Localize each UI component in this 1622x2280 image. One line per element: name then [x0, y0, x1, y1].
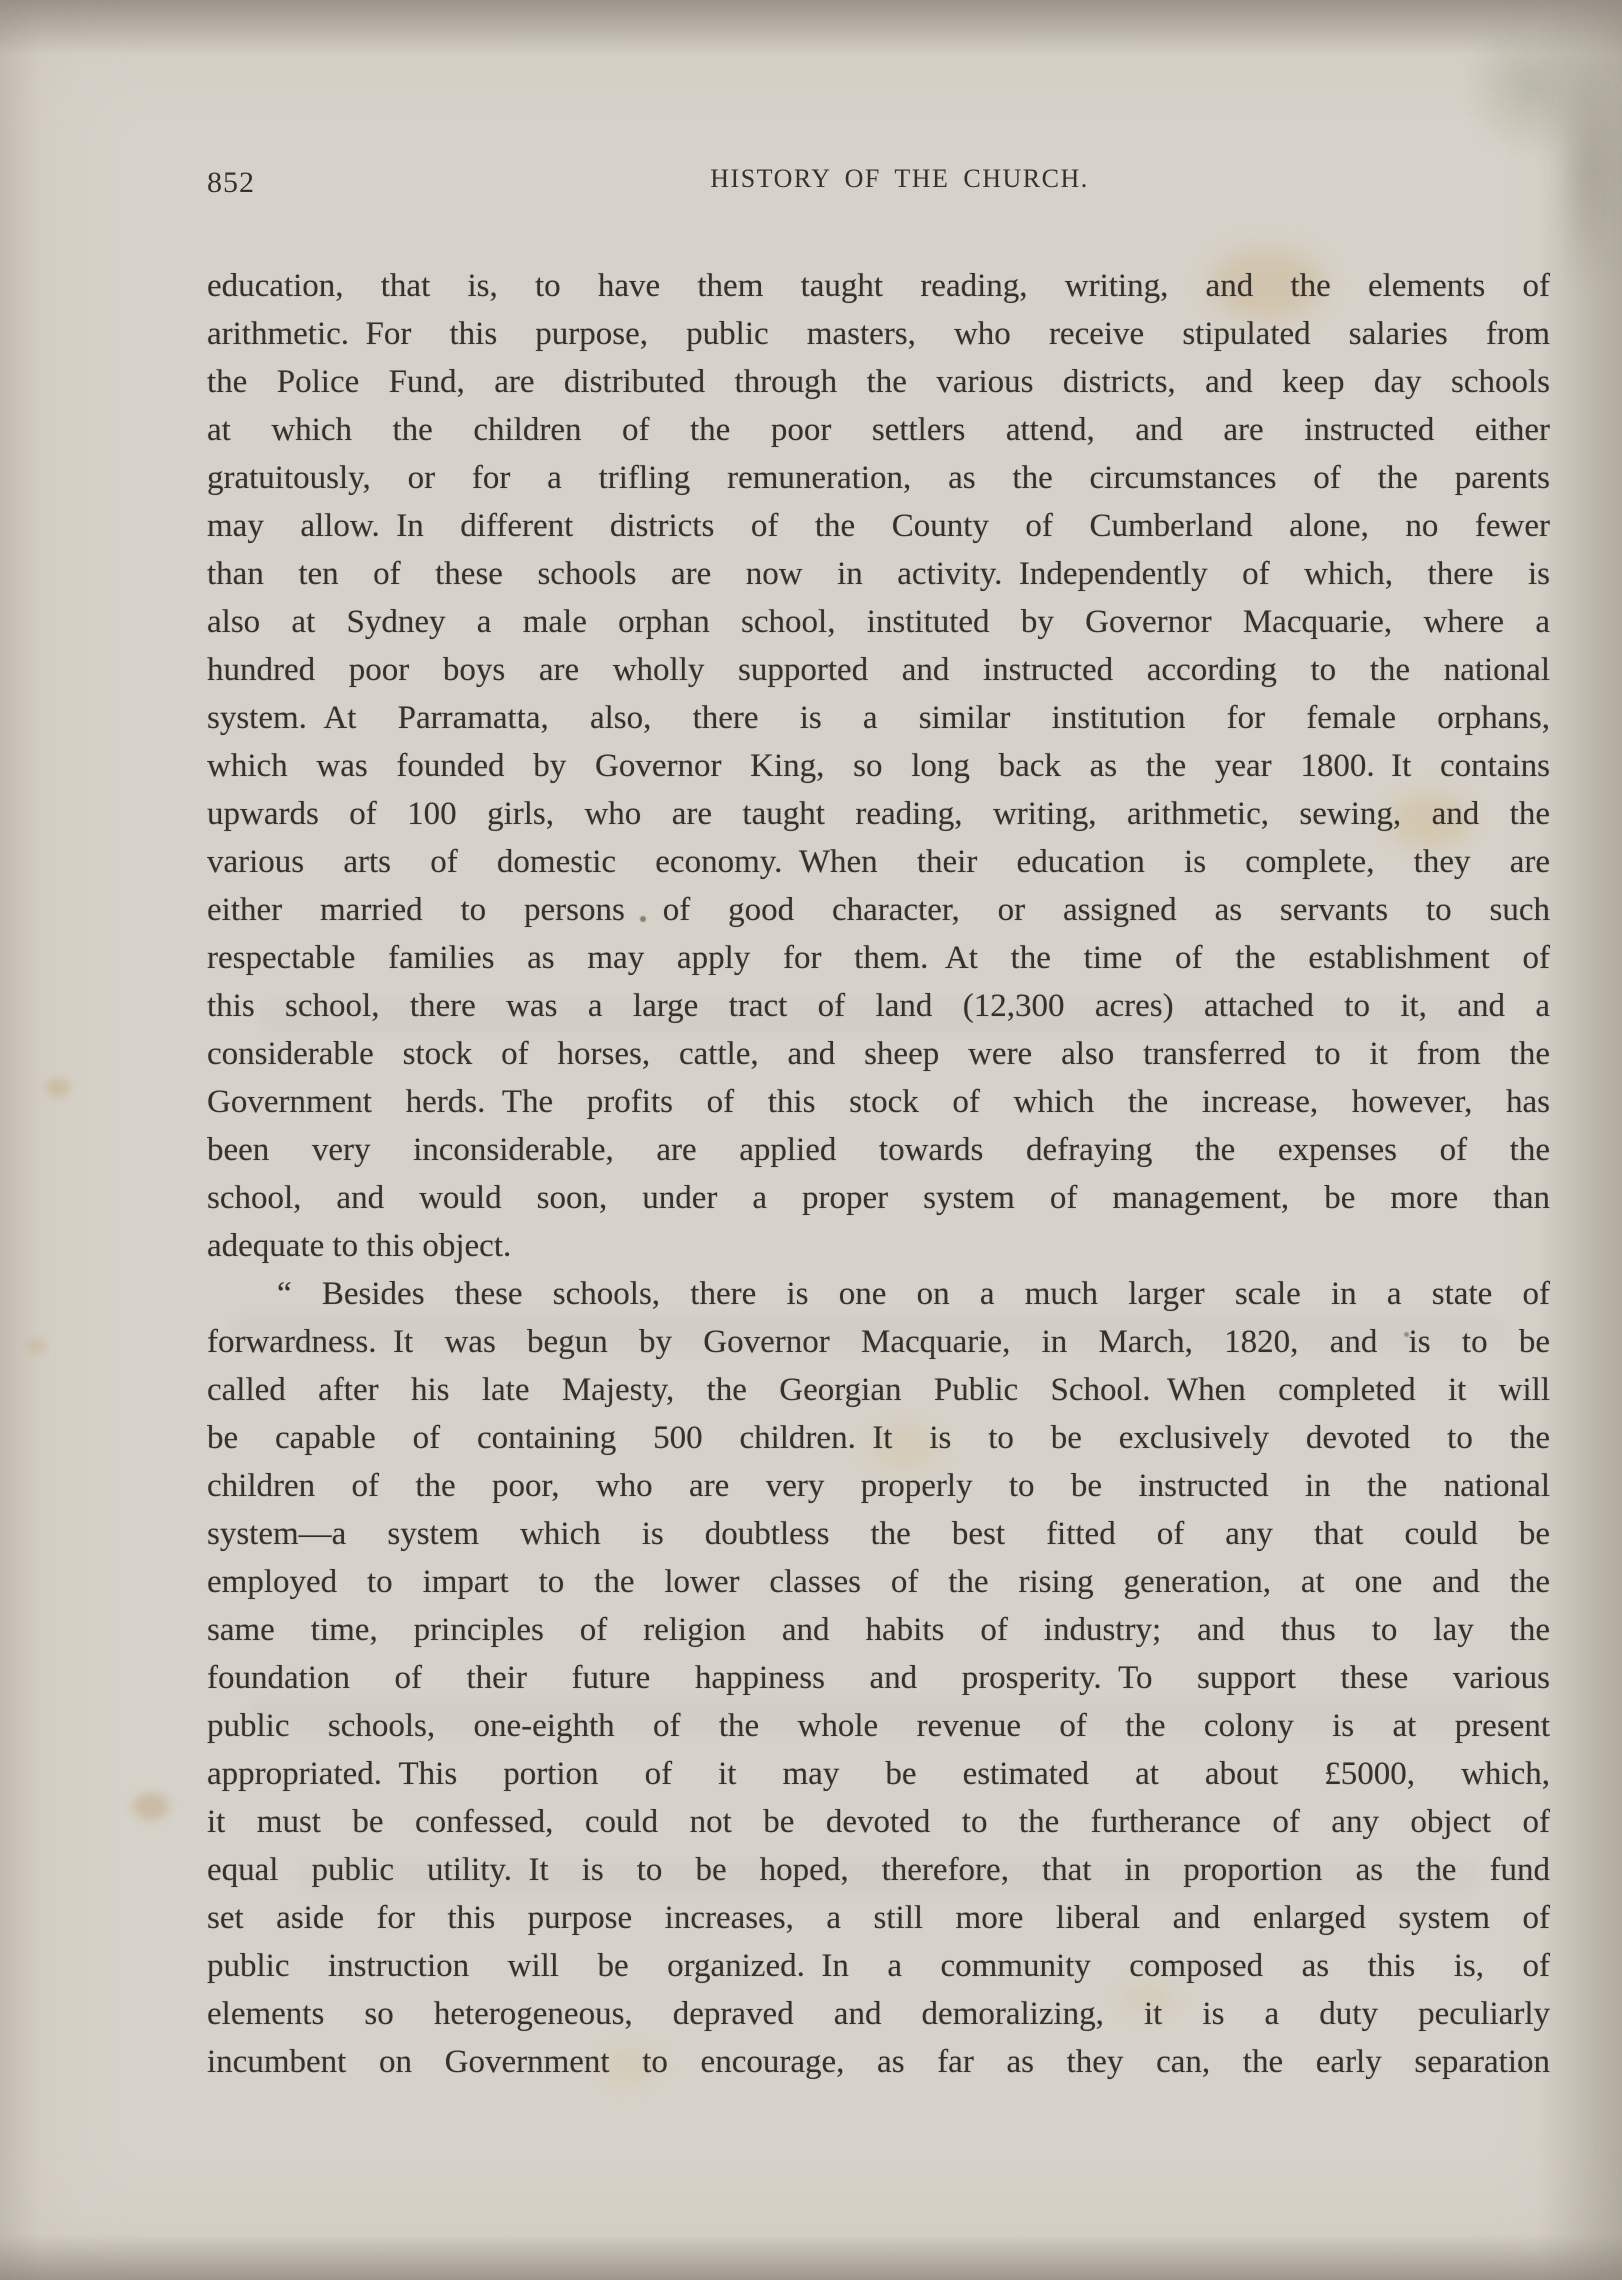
text-line: been very inconsiderable, are applied to… — [207, 1126, 1550, 1174]
scan-edge-stain — [1430, 0, 1622, 190]
text-line: equal public utility. It is to be hoped,… — [207, 1846, 1550, 1894]
page-number: 852 — [207, 166, 255, 200]
text-line: public instruction will be organized. In… — [207, 1942, 1550, 1990]
text-line: considerable stock of horses, cattle, an… — [207, 1030, 1550, 1078]
text-line: various arts of domestic economy. When t… — [207, 838, 1550, 886]
text-line: school, and would soon, under a proper s… — [207, 1174, 1550, 1222]
text-line: foundation of their future happiness and… — [207, 1654, 1550, 1702]
page-header: 852 HISTORY OF THE CHURCH. — [207, 164, 1550, 200]
text-line: this school, there was a large tract of … — [207, 982, 1550, 1030]
text-line: Government herds. The profits of this st… — [207, 1078, 1550, 1126]
text-line: system—a system which is doubtless the b… — [207, 1510, 1550, 1558]
text-line: children of the poor, who are very prope… — [207, 1462, 1550, 1510]
text-line: which was founded by Governor King, so l… — [207, 742, 1550, 790]
text-line: public schools, one-eighth of the whole … — [207, 1702, 1550, 1750]
paragraph: education, that is, to have them taught … — [207, 262, 1550, 1270]
text-line: education, that is, to have them taught … — [207, 262, 1550, 310]
book-page-scan: 852 HISTORY OF THE CHURCH. education, th… — [0, 0, 1622, 2280]
text-line: upwards of 100 girls, who are taught rea… — [207, 790, 1550, 838]
text-line: hundred poor boys are wholly supported a… — [207, 646, 1550, 694]
text-line: same time, principles of religion and ha… — [207, 1606, 1550, 1654]
text-line: elements so heterogeneous, depraved and … — [207, 1990, 1550, 2038]
text-line: employed to impart to the lower classes … — [207, 1558, 1550, 1606]
foxing-stain — [133, 1793, 169, 1820]
scan-edge-stain — [1545, 10, 1622, 330]
text-line: incumbent on Government to encourage, as… — [207, 2038, 1550, 2086]
text-line: may allow. In different districts of the… — [207, 502, 1550, 550]
foxing-stain — [27, 1338, 46, 1354]
text-line: at which the children of the poor settle… — [207, 406, 1550, 454]
text-line: forwardness. It was begun by Governor Ma… — [207, 1318, 1550, 1366]
running-head: HISTORY OF THE CHURCH. — [710, 164, 1088, 194]
text-line: either married to persons of good charac… — [207, 886, 1550, 934]
body-text: education, that is, to have them taught … — [207, 262, 1550, 2086]
text-line: arithmetic. For this purpose, public mas… — [207, 310, 1550, 358]
text-line: “ Besides these schools, there is one on… — [207, 1270, 1550, 1318]
text-line: gratuitously, or for a trifling remunera… — [207, 454, 1550, 502]
text-line: the Police Fund, are distributed through… — [207, 358, 1550, 406]
paragraph: “ Besides these schools, there is one on… — [207, 1270, 1550, 2086]
text-line: called after his late Majesty, the Georg… — [207, 1366, 1550, 1414]
text-line: adequate to this object. — [207, 1222, 1550, 1270]
text-line: be capable of containing 500 children. I… — [207, 1414, 1550, 1462]
text-line: set aside for this purpose increases, a … — [207, 1894, 1550, 1942]
text-line: system. At Parramatta, also, there is a … — [207, 694, 1550, 742]
text-line: than ten of these schools are now in act… — [207, 550, 1550, 598]
text-line: also at Sydney a male orphan school, ins… — [207, 598, 1550, 646]
text-line: it must be confessed, could not be devot… — [207, 1798, 1550, 1846]
text-line: respectable families as may apply for th… — [207, 934, 1550, 982]
text-line: appropriated. This portion of it may be … — [207, 1750, 1550, 1798]
foxing-stain — [46, 1078, 70, 1097]
